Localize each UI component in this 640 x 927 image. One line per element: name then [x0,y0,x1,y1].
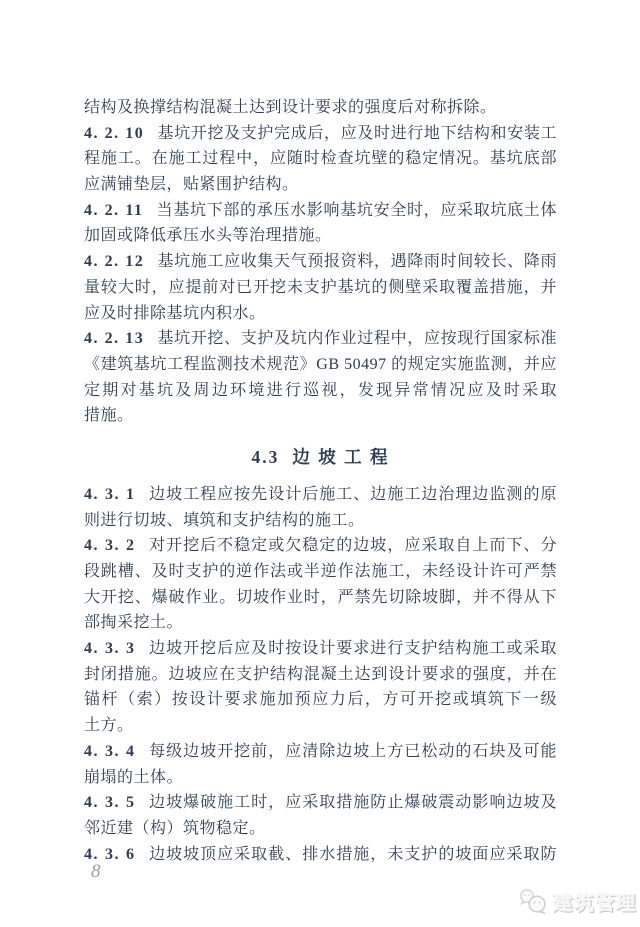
clause-line: 《建筑基坑工程监测技术规范》GB 50497 的规定实施监测，并应 [84,352,557,378]
clause-line: 大开挖、爆破作业。切坡作业时，严禁先切除坡脚，并不得从下 [84,585,557,611]
clause-paragraph: 4. 3. 1边坡工程应按先设计后施工、边施工边治理边监测的原 则进行切坡、填筑… [84,482,557,533]
clause-number: 4. 3. 2 [84,537,149,554]
clause-line: 量较大时，应提前对已开挖未支护基坑的侧壁采取覆盖措施，并 [84,275,557,301]
clause-text: 当基坑下部的承压水影响基坑安全时，应采取坑底土体 [157,202,558,219]
page-number: 8 [91,861,101,883]
body-text: 结构及换撑结构混凝土达到设计要求的强度后对称拆除。 4. 2. 10基坑开挖及支… [84,95,557,867]
clause-number: 4. 3. 5 [84,794,149,811]
clause-paragraph: 4. 2. 10基坑开挖及支护完成后，应及时进行地下结构和安装工 程施工。在施工… [84,121,557,198]
clause-paragraph: 4. 2. 12基坑施工应收集天气预报资料，遇降雨时间较长、降雨 量较大时，应提… [84,249,557,326]
clause-paragraph: 4. 3. 2对开挖后不稳定或欠稳定的边坡，应采取自上而下、分 段跳槽、及时支护… [84,533,557,636]
clause-line: 土方。 [84,713,557,739]
clause-line: 4. 3. 6边坡坡顶应采取截、排水措施，未支护的坡面应采取防 [84,842,557,868]
clause-number: 4. 2. 13 [84,330,157,347]
clause-line: 锚杆（索）按设计要求施加预应力后，方可开挖或填筑下一级 [84,687,557,713]
clause-paragraph: 4. 3. 5边坡爆破施工时，应采取措施防止爆破震动影响边坡及 邻近建（构）筑物… [84,790,557,841]
clause-number: 4. 2. 11 [84,202,157,219]
clause-line: 崩塌的土体。 [84,765,557,791]
clause-number: 4. 3. 4 [84,743,149,760]
clause-line: 4. 2. 11当基坑下部的承压水影响基坑安全时，应采取坑底土体 [84,198,557,224]
clause-text: 基坑施工应收集天气预报资料，遇降雨时间较长、降雨 [157,253,557,270]
clause-number: 4. 2. 12 [84,253,157,270]
clause-text: 每级边坡开挖前，应清除边坡上方已松动的石块及可能 [149,743,557,760]
clause-line: 定期对基坑及周边环境进行巡视，发现异常情况应及时采取 [84,378,557,404]
section-heading: 4.3边 坡 工 程 [84,444,557,470]
clause-paragraph: 4. 3. 6边坡坡顶应采取截、排水措施，未支护的坡面应采取防 [84,842,557,868]
clause-line: 4. 2. 13基坑开挖、支护及坑内作业过程中，应按现行国家标准 [84,326,557,352]
clause-line: 应及时排除基坑内积水。 [84,301,557,327]
clause-number: 4. 3. 6 [84,846,149,863]
section-heading-title: 边 坡 工 程 [292,447,389,467]
clause-line: 部掏采挖土。 [84,610,557,636]
clause-paragraph: 4. 3. 4每级边坡开挖前，应清除边坡上方已松动的石块及可能 崩塌的土体。 [84,739,557,790]
watermark: 建筑管理 [516,886,637,916]
clause-line: 加固或降低承压水头等治理措施。 [84,223,557,249]
clause-line: 封闭措施。边坡应在支护结构混凝土达到设计要求的强度，并在 [84,662,557,688]
clause-number: 4. 3. 3 [84,640,149,657]
chat-bubbles-logo-icon [516,886,550,916]
clause-paragraph: 4. 3. 3边坡开挖后应及时按设计要求进行支护结构施工或采取 封闭措施。边坡应… [84,636,557,739]
clause-line: 4. 3. 4每级边坡开挖前，应清除边坡上方已松动的石块及可能 [84,739,557,765]
clause-paragraph: 4. 2. 13基坑开挖、支护及坑内作业过程中，应按现行国家标准 《建筑基坑工程… [84,326,557,429]
clause-text: 边坡开挖后应及时按设计要求进行支护结构施工或采取 [149,640,557,657]
clause-text: 边坡坡顶应采取截、排水措施，未支护的坡面应采取防 [149,846,557,863]
clause-text: 边坡爆破施工时，应采取措施防止爆破震动影响边坡及 [149,794,557,811]
clause-line: 4. 3. 2对开挖后不稳定或欠稳定的边坡，应采取自上而下、分 [84,533,557,559]
clause-paragraph: 4. 2. 11当基坑下部的承压水影响基坑安全时，应采取坑底土体 加固或降低承压… [84,198,557,249]
clause-line: 程施工。在施工过程中，应随时检查坑壁的稳定情况。基坑底部 [84,146,557,172]
clause-line: 4. 3. 5边坡爆破施工时，应采取措施防止爆破震动影响边坡及 [84,790,557,816]
clause-line: 4. 2. 10基坑开挖及支护完成后，应及时进行地下结构和安装工 [84,121,557,147]
clause-line: 措施。 [84,403,557,429]
clause-text: 基坑开挖及支护完成后，应及时进行地下结构和安装工 [157,125,557,142]
clause-line: 段跳槽、及时支护的逆作法或半逆作法施工，未经设计许可严禁 [84,559,557,585]
clause-text: 基坑开挖、支护及坑内作业过程中，应按现行国家标准 [157,330,557,347]
clause-line: 则进行切坡、填筑和支护结构的施工。 [84,508,557,534]
clause-number: 4. 3. 1 [84,486,149,503]
clause-paragraph: 结构及换撑结构混凝土达到设计要求的强度后对称拆除。 [84,95,557,121]
clause-text: 边坡工程应按先设计后施工、边施工边治理边监测的原 [149,486,557,503]
clause-line: 4. 3. 3边坡开挖后应及时按设计要求进行支护结构施工或采取 [84,636,557,662]
clause-line: 4. 3. 1边坡工程应按先设计后施工、边施工边治理边监测的原 [84,482,557,508]
clause-text: 对开挖后不稳定或欠稳定的边坡，应采取自上而下、分 [149,537,557,554]
section-heading-number: 4.3 [252,447,280,467]
clause-line: 4. 2. 12基坑施工应收集天气预报资料，遇降雨时间较长、降雨 [84,249,557,275]
clause-number: 4. 2. 10 [84,125,157,142]
watermark-text: 建筑管理 [553,887,637,916]
clause-line: 邻近建（构）筑物稳定。 [84,816,557,842]
clause-line: 应满铺垫层，贴紧围护结构。 [84,172,557,198]
clause-line: 结构及换撑结构混凝土达到设计要求的强度后对称拆除。 [84,95,557,121]
